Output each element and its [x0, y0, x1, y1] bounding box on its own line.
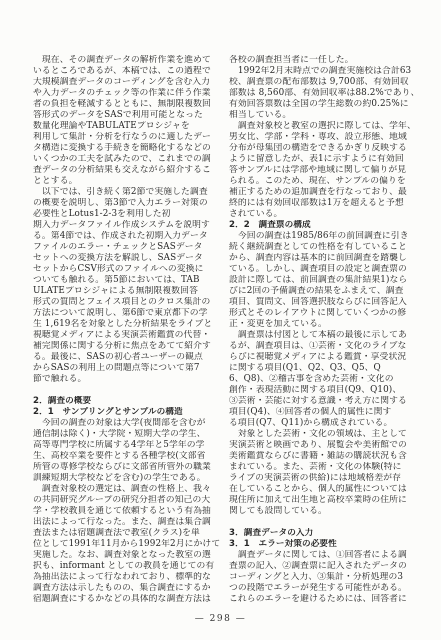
- text-line: ように留意したが、表1に示すように有効回: [229, 154, 416, 165]
- text-line: ULATEプロシジャによる無制限複数回答: [33, 286, 220, 297]
- text-line: 今回の調査の対象は大学(夜間部を含むが: [33, 418, 220, 429]
- text-line: 調査方法は示したものの、集合調査にするか: [33, 583, 220, 594]
- text-line: 6、Q8)、②稽古事を含めた芸術・文化の: [229, 374, 416, 385]
- text-line: の共同研究グループの研究分担者の知己の大: [33, 495, 220, 506]
- text-line: セットからCSV形式のファイルへの変換に: [33, 264, 220, 275]
- text-line: まれている。また、芸術・文化の体験(特に: [229, 462, 416, 473]
- text-line: る。第4節では、作成された初期入力データ: [33, 231, 220, 242]
- text-line: タ構造に変換する手続きを簡略化するなどの: [33, 143, 220, 154]
- text-line: 数量化理論やTABULATEプロシジャを: [33, 121, 220, 132]
- text-line: 男女比、学部・学科・専攻、設立形態、地域: [229, 132, 416, 143]
- document-page: 現在、その調査データの解析作業を進めているところであるが、本稿では、この過程で大…: [0, 0, 441, 640]
- text-line: 査法または宿題調査法で教室(クラス)を単: [33, 528, 220, 539]
- text-line: 校、調査票の配布部数は 9,700部、有効回収: [229, 77, 416, 88]
- text-line: 補正するための追加調査を行なっており、最: [229, 187, 416, 198]
- text-line: 生、高校卒業を要件とする各種学校(文部省: [33, 451, 220, 462]
- text-line: 以下では、引き続く第2節で実施した調査: [33, 187, 220, 198]
- text-line: 査データの分析結果も交えながら紹介するこ: [33, 165, 220, 176]
- text-line: [33, 385, 220, 396]
- text-line: 生 1,619名を対象とした分析結果をライブと: [33, 319, 220, 330]
- text-line: 通信制は除く)・大学院・短期大学の学生、: [33, 429, 220, 440]
- text-line: 調査対象校と教室の選択に際しては、学年、: [229, 121, 416, 132]
- left-column: 現在、その調査データの解析作業を進めているところであるが、本稿では、この過程で大…: [33, 55, 220, 605]
- text-line: びに2回の予備調査の結果をふまえて、調査: [229, 286, 416, 297]
- text-line: ととする。: [33, 176, 220, 187]
- section-heading: 2．1 サンプリングとサンプルの構造: [33, 407, 220, 418]
- section-heading: 3．1 エラー対策の必要性: [229, 539, 416, 550]
- text-line: 相当している。: [229, 110, 416, 121]
- text-line: ついても触れる。第5節においては、TAB: [33, 275, 220, 286]
- text-line: 調査対象校の選定は、調査の性格上、我々: [33, 484, 220, 495]
- section-heading: 2．調査の概要: [33, 396, 220, 407]
- text-line: 択も、informant としての教員を通じての有: [33, 561, 220, 572]
- text-line: る項目(Q7、Q11)から構成されている。: [229, 418, 416, 429]
- text-line: 項目(Q4)、④回答者の個人的属性に関す: [229, 407, 416, 418]
- section-heading: 2．2 調査票の構成: [229, 220, 416, 231]
- text-line: セットへの変換方法を解説し、SASデータ: [33, 253, 220, 264]
- text-line: 関しても設問している。: [229, 506, 416, 517]
- text-line: るが、調査項目は、①芸術・文化のライブな: [229, 341, 416, 352]
- text-line: らびに視聴覚メディアによる鑑賞・享受状況: [229, 352, 416, 363]
- text-line: 現在、その調査データの解析作業を進めて: [33, 55, 220, 66]
- text-line: 形式とそのレイアウトに関していくつかの修: [229, 308, 416, 319]
- text-line: 各校の調査担当者に一任した。: [229, 55, 416, 66]
- text-line: 項目、質問文、回答選択肢ならびに回答記入: [229, 297, 416, 308]
- text-line: 調査票は付図として本稿の最後に示してあ: [229, 330, 416, 341]
- text-line: 者の負担を軽減するとともに、無制限複数回: [33, 99, 220, 110]
- text-line: る。最後に、SASの初心者ユーザーの観点: [33, 352, 220, 363]
- text-line: ライブの実演芸術の供給)には地域格差が存: [229, 473, 416, 484]
- text-line: 視聴覚メディアによる実演芸術鑑賞の代替・: [33, 330, 220, 341]
- text-line: 実演芸術と映画であり、展覧会や美術館での: [229, 440, 416, 451]
- text-line: ファイルのエラー・チェックとSASデータ: [33, 242, 220, 253]
- text-line: 今回の調査は1985/86年の前回調査に引き: [229, 231, 416, 242]
- text-line: これらのエラーを避けるためには、回答者に: [229, 594, 416, 605]
- text-line: つの段階でエラーが発生する可能性がある。: [229, 583, 416, 594]
- text-line: 終的には有効回収部数は1万を超えると予想: [229, 198, 416, 209]
- text-line: 大規模調査データのコーディングを含む入力: [33, 77, 220, 88]
- right-column: 各校の調査担当者に一任した。 1992年2月末時点での調査実施校は合計63校、調…: [229, 55, 416, 605]
- text-line: [229, 517, 416, 528]
- text-line: 現住所に加えて出生地と高校卒業時の住所に: [229, 495, 416, 506]
- text-line: 学・学校教員を通じて依頼するという有為抽: [33, 506, 220, 517]
- text-line: いくつかの工夫を試みたので、これまでの調: [33, 154, 220, 165]
- text-line: られる。このため、現在、サンプルの偏りを: [229, 176, 416, 187]
- text-line: 節で触れる。: [33, 374, 220, 385]
- text-line: 分布が母集団の構造をできるかぎり反映する: [229, 143, 416, 154]
- text-line: 対象とした芸術・文化の領域は、主として: [229, 429, 416, 440]
- text-line: 方法について説明し、第6節で東京都下の学: [33, 308, 220, 319]
- text-line: 補完関係に関する分析に焦点をあてて紹介す: [33, 341, 220, 352]
- text-line: ③芸術・芸能に対する意識・考え方に関する: [229, 396, 416, 407]
- text-line: 為抽出法によって行なわれており、標準的な: [33, 572, 220, 583]
- text-line: されている。: [229, 209, 416, 220]
- text-line: いるところであるが、本稿では、この過程で: [33, 66, 220, 77]
- text-line: 答形式のデータをSASで利用可能となった: [33, 110, 220, 121]
- text-columns: 現在、その調査データの解析作業を進めているところであるが、本稿では、この過程で大…: [33, 55, 416, 605]
- text-line: 高等専門学校に所属する4学年と5学年の学: [33, 440, 220, 451]
- text-line: の概要を説明し、第3節で入力エラー対策の: [33, 198, 220, 209]
- text-line: 部数は 8,560部、有効回収率は88.2%であり、: [229, 88, 416, 99]
- text-line: に関する項目(Q1、Q2、Q3、Q5、Q: [229, 363, 416, 374]
- text-line: 美術鑑賞ならびに書籍・雑誌の購読状況も含: [229, 451, 416, 462]
- text-line: 宿題調査にするかなどの具体的な調査方法は: [33, 594, 220, 605]
- text-line: 在していることから、個人的属性については: [229, 484, 416, 495]
- text-line: ている。しかし、調査項目の設定と調査票の: [229, 264, 416, 275]
- text-line: から、調査内容は基本的に前回調査を踏襲し: [229, 253, 416, 264]
- text-line: 査票の記入、②調査票に記入されたデータの: [229, 561, 416, 572]
- text-line: 続く継続調査としての性格を有していること: [229, 242, 416, 253]
- text-line: 有効回答票数は全国の学生総数の約0.25%に: [229, 99, 416, 110]
- text-line: 調査データに関しては、①回答者による調: [229, 550, 416, 561]
- text-line: 期入力データファイル作成システムを説明す: [33, 220, 220, 231]
- text-line: からSASの利用上の問題点等について第7: [33, 363, 220, 374]
- text-line: 実施した。なお、調査対象となった教室の選: [33, 550, 220, 561]
- page-number: — 298 —: [0, 614, 441, 624]
- text-line: 答サンプルには学部や地域に関して偏りが見: [229, 165, 416, 176]
- text-line: 形式の質問とフェイス項目とのクロス集計の: [33, 297, 220, 308]
- text-line: 正・変更を加えている。: [229, 319, 416, 330]
- text-line: 1992年2月末時点での調査実施校は合計63: [229, 66, 416, 77]
- text-line: 位として1991年11月から1992年2月にかけて: [33, 539, 220, 550]
- text-line: 出法によって行なった。また、調査は集合調: [33, 517, 220, 528]
- text-line: 必要性とLotus1-2-3を利用した初: [33, 209, 220, 220]
- text-line: 創作・表現活動に関する項目(Q9、Q10)、: [229, 385, 416, 396]
- section-heading: 3．調査データの入力: [229, 528, 416, 539]
- text-line: 利用して集計・分析を行なうのに適したデー: [33, 132, 220, 143]
- text-line: コーディングと入力、③集計・分析処理の3: [229, 572, 416, 583]
- text-line: や入力データのチェック等の作業に伴う作業: [33, 88, 220, 99]
- text-line: 所管の専修学校ならびに文部省所管外の職業: [33, 462, 220, 473]
- text-line: 設計に際しては、前回調査の集計結果1)なら: [229, 275, 416, 286]
- text-line: 訓練短期大学校などを含む)の学生である。: [33, 473, 220, 484]
